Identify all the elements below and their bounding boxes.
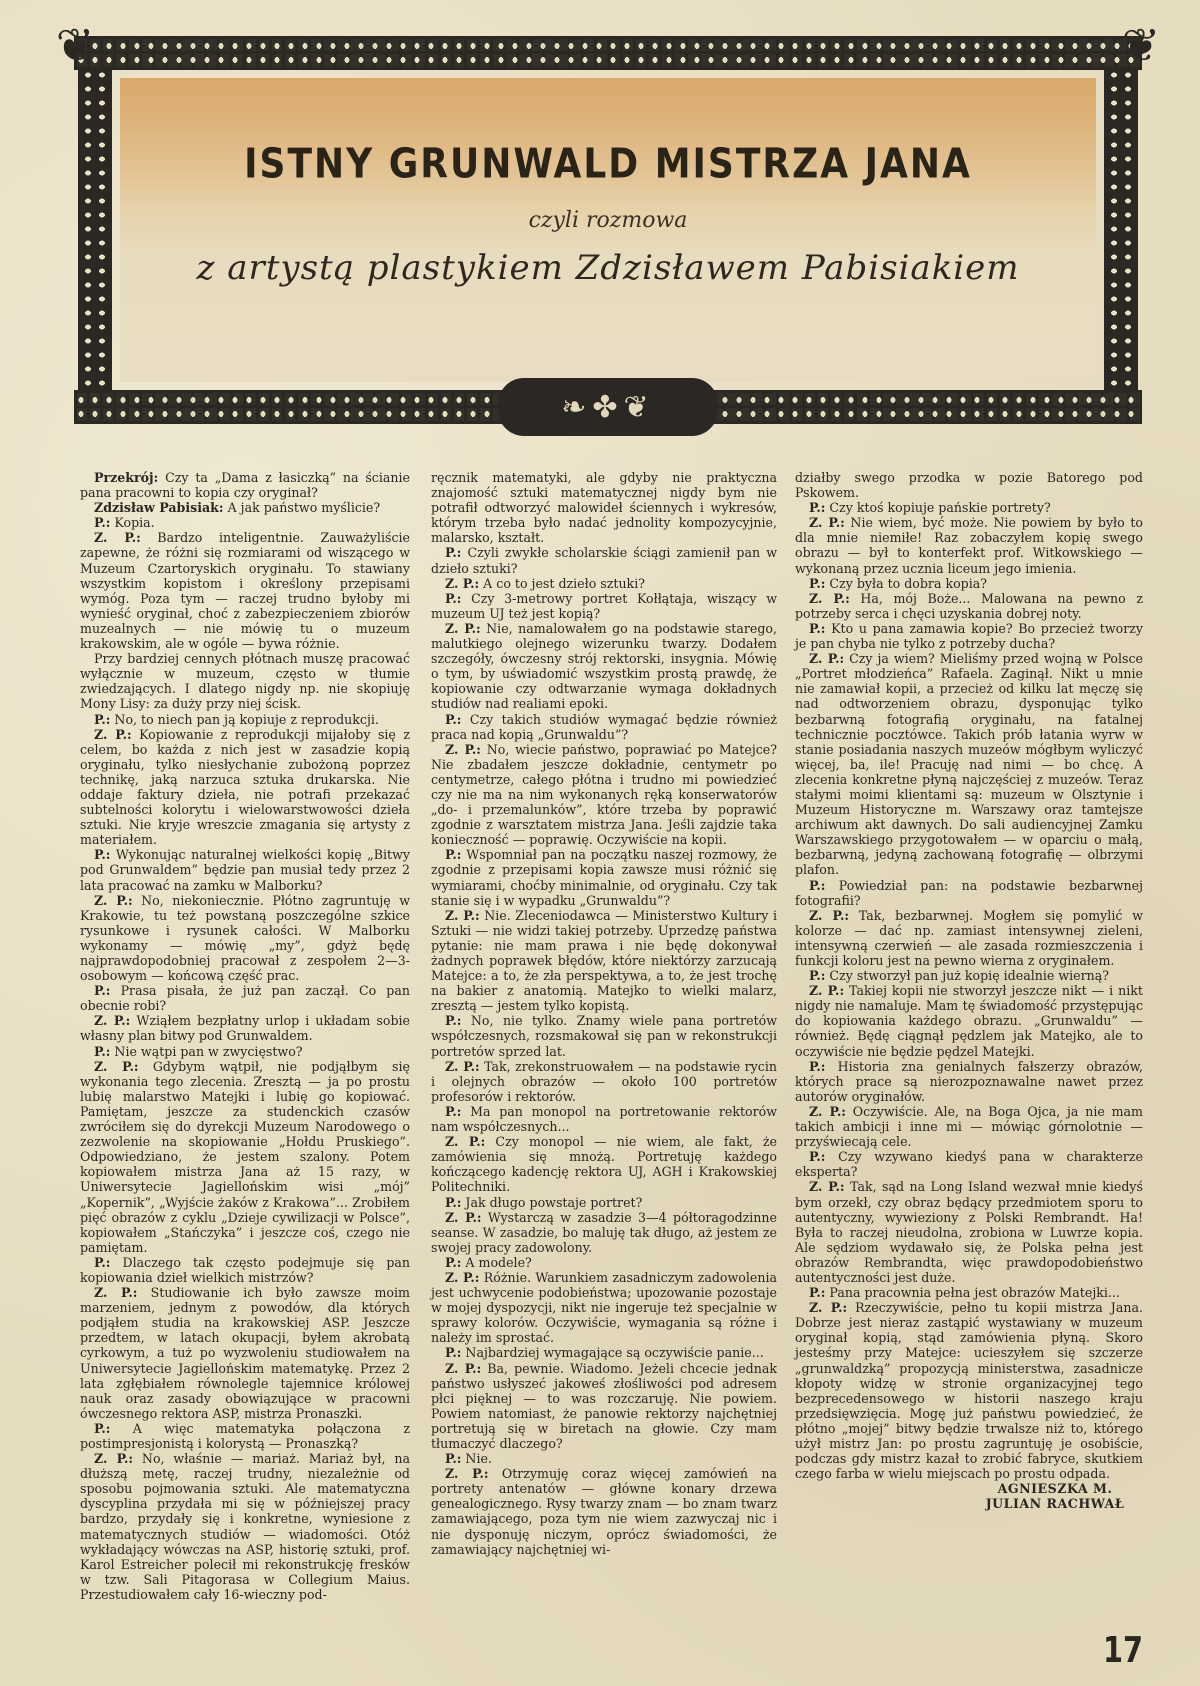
interview-paragraph: Z. P.: No, właśnie — mariaż. Mariaż był,… [80, 1451, 410, 1602]
paragraph-text: Czy 3-metrowy portret Kołłątaja, wiszący… [431, 591, 777, 621]
speaker-label: Z. P.: [809, 983, 844, 998]
speaker-label: P.: [445, 712, 461, 727]
paragraph-text: Czyli zwykłe scholarskie ściągi zamienił… [431, 545, 777, 575]
paragraph-text: Czy była to dobra kopia? [825, 576, 987, 591]
speaker-label: Z. P.: [445, 1059, 480, 1074]
interview-paragraph: Zdzisław Pabisiak: A jak państwo myślici… [80, 500, 410, 515]
paragraph-text: Nie. Zleceniodawca — Ministerstwo Kultur… [431, 908, 777, 1014]
interview-paragraph: Z. P.: Rzeczywiście, pełno tu kopii mist… [795, 1300, 1143, 1481]
paragraph-text: Tak, sąd na Long Island wezwał mnie kied… [795, 1179, 1143, 1285]
page-number: 17 [1103, 1630, 1143, 1671]
paragraph-text: Gdybym wątpił, nie podjąłbym się wykonan… [80, 1059, 410, 1255]
paragraph-text: Czy wzywano kiedyś pana w charakterze ek… [795, 1149, 1143, 1179]
paragraph-text: Nie, namalowałem go na podstawie starego… [431, 621, 777, 711]
paragraph-text: Ma pan monopol na portretowanie rektorów… [431, 1104, 777, 1134]
speaker-label: Zdzisław Pabisiak: [94, 500, 224, 515]
interview-paragraph: Z. P.: Kopiowanie z reprodukcji mijałoby… [80, 727, 410, 848]
paragraph-text: No, to niech pan ją kopiuje z reprodukcj… [110, 712, 378, 727]
speaker-label: P.: [809, 500, 825, 515]
interview-paragraph: P.: No, to niech pan ją kopiuje z reprod… [80, 712, 410, 727]
paragraph-text: A więc matematyka połączona z postimpres… [80, 1421, 410, 1451]
interview-paragraph: P.: Kto u pana zamawia kopie? Bo przecie… [795, 621, 1143, 651]
paragraph-text: Bardzo inteligentnie. Zauważyliście zape… [80, 530, 410, 651]
author-name: JULIAN RACHWAŁ [795, 1496, 1135, 1511]
speaker-label: P.: [94, 712, 110, 727]
paragraph-text: Nie wątpi pan w zwycięstwo? [110, 1044, 302, 1059]
paragraph-text: Prasa pisała, że już pan zaczął. Co pan … [80, 983, 410, 1013]
interview-paragraph: Z. P.: Nie wiem, być może. Nie powiem by… [795, 515, 1143, 575]
paragraph-text: Tak, zrekonstruowałem — na podstawie ryc… [431, 1059, 777, 1104]
speaker-label: Z. P.: [809, 908, 849, 923]
interview-paragraph: P.: Czy była to dobra kopia? [795, 576, 1143, 591]
interview-paragraph: Z. P.: Bardzo inteligentnie. Zauważyliśc… [80, 530, 410, 651]
article-subtitle-interviewee: z artystą plastykiem Zdzisławem Pabisiak… [120, 248, 1096, 288]
speaker-label: Z. P.: [445, 1134, 485, 1149]
speaker-label: P.: [94, 983, 110, 998]
speaker-label: P.: [445, 591, 461, 606]
interview-paragraph: P.: Kopia. [80, 515, 410, 530]
paragraph-text: A co to jest dzieło sztuki? [479, 576, 645, 591]
paragraph-text: Wziąłem bezpłatny urlop i układam sobie … [80, 1013, 410, 1043]
interview-paragraph: P.: Nie wątpi pan w zwycięstwo? [80, 1044, 410, 1059]
paragraph-text: Historia zna genialnych fałszerzy obrazó… [795, 1059, 1143, 1104]
interview-paragraph: P.: Czy 3-metrowy portret Kołłątaja, wis… [431, 591, 777, 621]
speaker-label: P.: [445, 1255, 461, 1270]
speaker-label: P.: [445, 1345, 461, 1360]
paragraph-text: Studiowanie ich było zawsze moim marzeni… [80, 1285, 410, 1421]
speaker-label: Z. P.: [94, 1451, 133, 1466]
title-panel: ISTNY GRUNWALD MISTRZA JANA czyli rozmow… [120, 78, 1096, 382]
interview-paragraph: P.: Pana pracownia pełna jest obrazów Ma… [795, 1285, 1143, 1300]
paragraph-text: Czy takich studiów wymagać będzie równie… [431, 712, 777, 742]
article-subtitle: czyli rozmowa [120, 208, 1096, 233]
speaker-label: Z. P.: [94, 893, 133, 908]
interview-paragraph: P.: A więc matematyka połączona z postim… [80, 1421, 410, 1451]
paragraph-text: A modele? [461, 1255, 531, 1270]
paragraph-text: Wystarczą w zasadzie 3—4 półtoragodzinne… [431, 1210, 777, 1255]
speaker-label: Z. P.: [445, 1466, 489, 1481]
speaker-label: P.: [809, 968, 825, 983]
speaker-label: P.: [445, 1195, 461, 1210]
paragraph-text: Nie wiem, być może. Nie powiem by było t… [795, 515, 1143, 575]
speaker-label: Z. P.: [809, 1104, 846, 1119]
interview-paragraph: P.: Wykonując naturalnej wielkości kopię… [80, 847, 410, 892]
speaker-label: Z. P.: [809, 651, 844, 666]
speaker-label: P.: [445, 1451, 461, 1466]
interview-paragraph: Z. P.: No, wiecie państwo, poprawiać po … [431, 742, 777, 848]
speaker-label: Z. P.: [94, 727, 132, 742]
interview-paragraph: P.: Prasa pisała, że już pan zaczął. Co … [80, 983, 410, 1013]
interview-paragraph: Z. P.: Takiej kopii nie stworzył jeszcze… [795, 983, 1143, 1058]
speaker-label: Z. P.: [445, 621, 481, 636]
paragraph-text: Rzeczywiście, pełno tu kopii mistrza Jan… [795, 1300, 1143, 1481]
interview-paragraph: P.: Czy stworzył pan już kopię idealnie … [795, 968, 1143, 983]
border-right [1104, 68, 1138, 392]
paragraph-text: Kto u pana zamawia kopie? Bo przecież tw… [795, 621, 1143, 651]
interview-paragraph: P.: Czy ktoś kopiuje pańskie portrety? [795, 500, 1143, 515]
speaker-label: Z. P.: [809, 1179, 845, 1194]
interview-paragraph: P.: No, nie tylko. Znamy wiele pana port… [431, 1013, 777, 1058]
title-frame: ISTNY GRUNWALD MISTRZA JANA czyli rozmow… [44, 16, 1172, 444]
speaker-label: P.: [809, 1059, 825, 1074]
interview-paragraph: Z. P.: Oczywiście. Ale, na Boga Ojca, ja… [795, 1104, 1143, 1149]
paragraph-text: Nie. [461, 1451, 492, 1466]
paragraph-text: Wspomniał pan na początku naszej rozmowy… [431, 847, 777, 907]
speaker-label: P.: [809, 1285, 825, 1300]
speaker-label: P.: [809, 621, 825, 636]
article-column-2: ręcznik matematyki, ale gdyby nie prakty… [431, 470, 777, 1557]
interview-paragraph: Przekrój: Czy ta „Dama z łasiczką” na śc… [80, 470, 410, 500]
border-top [74, 36, 1142, 70]
paragraph-text: Różnie. Warunkiem zasadniczym zadowoleni… [431, 1270, 777, 1345]
speaker-label: P.: [809, 878, 825, 893]
speaker-label: Z. P.: [809, 515, 845, 530]
paragraph-text: Kopiowanie z reprodukcji mijałoby się z … [80, 727, 410, 848]
interview-paragraph: Z. P.: Różnie. Warunkiem zasadniczym zad… [431, 1270, 777, 1345]
interview-paragraph: P.: Czy wzywano kiedyś pana w charakterz… [795, 1149, 1143, 1179]
paragraph-text: ręcznik matematyki, ale gdyby nie prakty… [431, 470, 777, 545]
interview-paragraph: Z. P.: Nie. Zleceniodawca — Ministerstwo… [431, 908, 777, 1014]
speaker-label: P.: [94, 1044, 110, 1059]
speaker-label: P.: [809, 1149, 825, 1164]
paragraph-text: Wykonując naturalnej wielkości kopię „Bi… [80, 847, 410, 892]
speaker-label: Z. P.: [445, 742, 481, 757]
interview-paragraph: Z. P.: Ha, mój Boże... Malowana na pewno… [795, 591, 1143, 621]
interview-paragraph: P.: Powiedział pan: na podstawie bezbarw… [795, 878, 1143, 908]
paragraph-text: Najbardziej wymagające są oczywiście pan… [461, 1345, 763, 1360]
paragraph-text: Pana pracownia pełna jest obrazów Matejk… [825, 1285, 1119, 1300]
interview-paragraph: P.: Jak długo powstaje portret? [431, 1195, 777, 1210]
paragraph-text: A jak państwo myślicie? [224, 500, 381, 515]
interview-paragraph: Przy bardziej cennych płótnach muszę pra… [80, 651, 410, 711]
paragraph-text: Powiedział pan: na podstawie bezbarwnej … [795, 878, 1143, 908]
speaker-label: Przekrój: [94, 470, 158, 485]
paragraph-text: No, wiecie państwo, poprawiać po Matejce… [431, 742, 777, 848]
speaker-label: Z. P.: [94, 1013, 130, 1028]
paragraph-text: Ba, pewnie. Wiadomo. Jeżeli chcecie jedn… [431, 1361, 777, 1451]
paragraph-text: Dlaczego tak często podejmuje się pan ko… [80, 1255, 410, 1285]
interview-paragraph: działby swego przodka w pozie Batorego p… [795, 470, 1143, 500]
interview-paragraph: Z. P.: Czy monopol — nie wiem, ale fakt,… [431, 1134, 777, 1194]
paragraph-text: Przy bardziej cennych płótnach muszę pra… [80, 651, 410, 711]
speaker-label: P.: [445, 1104, 461, 1119]
paragraph-text: Czy ja wiem? Mieliśmy przed wojną w Pols… [795, 651, 1143, 877]
interview-paragraph: P.: Czy takich studiów wymagać będzie ró… [431, 712, 777, 742]
interview-paragraph: Z. P.: Studiowanie ich było zawsze moim … [80, 1285, 410, 1421]
author-name: AGNIESZKA M. [795, 1481, 1135, 1496]
paragraph-text: Kopia. [110, 515, 154, 530]
speaker-label: P.: [94, 1421, 110, 1436]
speaker-label: Z. P.: [445, 1361, 481, 1376]
interview-paragraph: P.: Historia zna genialnych fałszerzy ob… [795, 1059, 1143, 1104]
interview-paragraph: Z. P.: Tak, zrekonstruowałem — na podsta… [431, 1059, 777, 1104]
speaker-label: Z. P.: [809, 591, 850, 606]
interview-paragraph: Z. P.: A co to jest dzieło sztuki? [431, 576, 777, 591]
paragraph-text: działby swego przodka w pozie Batorego p… [795, 470, 1143, 500]
speaker-label: P.: [94, 847, 110, 862]
speaker-label: Z. P.: [94, 1059, 139, 1074]
border-left [78, 68, 112, 392]
article-column-3: działby swego przodka w pozie Batorego p… [795, 470, 1143, 1511]
speaker-label: Z. P.: [445, 1210, 482, 1225]
interview-paragraph: Z. P.: Ba, pewnie. Wiadomo. Jeżeli chcec… [431, 1361, 777, 1452]
interview-paragraph: Z. P.: Tak, sąd na Long Island wezwał mn… [795, 1179, 1143, 1285]
speaker-label: P.: [445, 545, 461, 560]
interview-paragraph: P.: Nie. [431, 1451, 777, 1466]
article-title: ISTNY GRUNWALD MISTRZA JANA [120, 141, 1096, 188]
speaker-label: P.: [94, 515, 110, 530]
paragraph-text: No, właśnie — mariaż. Mariaż był, na dłu… [80, 1451, 410, 1602]
center-ornament-icon: ❧✤❦ [498, 378, 718, 436]
interview-paragraph: Z. P.: No, niekoniecznie. Płótno zagrunt… [80, 893, 410, 984]
interview-paragraph: Z. P.: Wystarczą w zasadzie 3—4 półtorag… [431, 1210, 777, 1255]
interview-paragraph: P.: Ma pan monopol na portretowanie rekt… [431, 1104, 777, 1134]
paragraph-text: No, nie tylko. Znamy wiele pana portretó… [431, 1013, 777, 1058]
interview-paragraph: P.: Wspomniał pan na początku naszej roz… [431, 847, 777, 907]
interview-paragraph: Z. P.: Czy ja wiem? Mieliśmy przed wojną… [795, 651, 1143, 877]
corner-ornament-icon: ❦ [1114, 18, 1168, 72]
paragraph-text: Czy stworzył pan już kopię idealnie wier… [825, 968, 1109, 983]
interview-paragraph: Z. P.: Tak, bezbarwnej. Mogłem się pomyl… [795, 908, 1143, 968]
speaker-label: P.: [445, 1013, 461, 1028]
interview-paragraph: ręcznik matematyki, ale gdyby nie prakty… [431, 470, 777, 545]
speaker-label: Z. P.: [445, 1270, 479, 1285]
speaker-label: Z. P.: [94, 1285, 137, 1300]
speaker-label: Z. P.: [445, 908, 480, 923]
paragraph-text: Oczywiście. Ale, na Boga Ojca, ja nie ma… [795, 1104, 1143, 1149]
corner-ornament-icon: ❦ [48, 18, 102, 72]
interview-paragraph: Z. P.: Otrzymuję coraz więcej zamówień n… [431, 1466, 777, 1557]
interview-paragraph: P.: Czyli zwykłe scholarskie ściągi zami… [431, 545, 777, 575]
speaker-label: Z. P.: [809, 1300, 847, 1315]
paragraph-text: Takiej kopii nie stworzył jeszcze nikt —… [795, 983, 1143, 1058]
speaker-label: Z. P.: [445, 576, 479, 591]
interview-paragraph: Z. P.: Wziąłem bezpłatny urlop i układam… [80, 1013, 410, 1043]
speaker-label: Z. P.: [94, 530, 141, 545]
interview-paragraph: Z. P.: Gdybym wątpił, nie podjąłbym się … [80, 1059, 410, 1255]
interview-paragraph: P.: Najbardziej wymagające są oczywiście… [431, 1345, 777, 1360]
speaker-label: P.: [809, 576, 825, 591]
interview-paragraph: P.: Dlaczego tak często podejmuje się pa… [80, 1255, 410, 1285]
speaker-label: P.: [445, 847, 461, 862]
paragraph-text: Jak długo powstaje portret? [461, 1195, 642, 1210]
author-byline: AGNIESZKA M.JULIAN RACHWAŁ [795, 1481, 1135, 1511]
paragraph-text: Czy ktoś kopiuje pańskie portrety? [825, 500, 1050, 515]
interview-paragraph: P.: A modele? [431, 1255, 777, 1270]
speaker-label: P.: [94, 1255, 110, 1270]
article-column-1: Przekrój: Czy ta „Dama z łasiczką” na śc… [80, 470, 410, 1602]
interview-paragraph: Z. P.: Nie, namalowałem go na podstawie … [431, 621, 777, 712]
